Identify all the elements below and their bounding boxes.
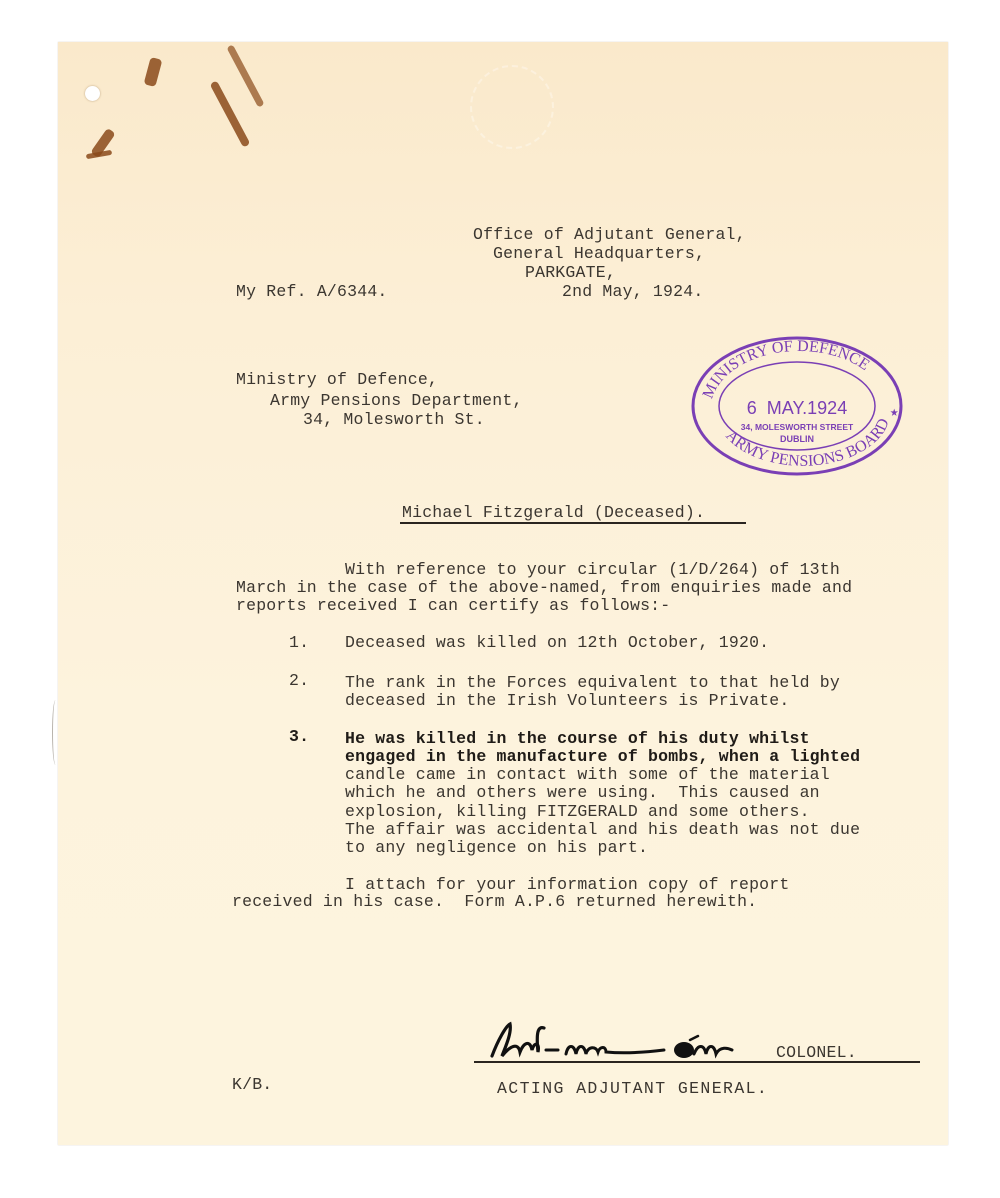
office-line-1: Office of Adjutant General, (473, 226, 746, 244)
recipient-line-2: Army Pensions Department, (270, 392, 523, 410)
item-3-line-1: He was killed in the course of his duty … (345, 730, 810, 748)
item-2-line-1: The rank in the Forces equivalent to tha… (345, 674, 840, 692)
recipient-line-1: Ministry of Defence, (236, 371, 438, 389)
received-stamp: MINISTRY OF DEFENCE ARMY PENSIONS BOARD … (690, 334, 904, 478)
recipient-line-3: 34, Molesworth St. (303, 411, 485, 429)
intro-line-3: reports received I can certify as follow… (236, 597, 670, 615)
signature-line (474, 1061, 920, 1063)
subject-underline (400, 522, 746, 524)
item-3-line-4: which he and others were using. This cau… (345, 784, 820, 802)
closing-line-2: received in his case. Form A.P.6 returne… (232, 893, 757, 911)
stamp-address-1: 34, MOLESWORTH STREET (741, 422, 854, 432)
subject-line: Michael Fitzgerald (Deceased). (402, 504, 705, 522)
office-line-2: General Headquarters, (493, 245, 705, 263)
stamp-top-text: MINISTRY OF DEFENCE (700, 338, 873, 401)
item-3-line-2: engaged in the manufacture of bombs, whe… (345, 748, 860, 766)
letter-date: 2nd May, 1924. (562, 283, 703, 301)
item-3-line-7: to any negligence on his part. (345, 839, 648, 857)
stamp-star-icon: ★ (890, 405, 899, 421)
item-3-line-6: The affair was accidental and his death … (345, 821, 860, 839)
item-number: 2. (289, 672, 309, 690)
signatory-title: ACTING ADJUTANT GENERAL. (497, 1080, 768, 1098)
intro-line-1: With reference to your circular (1/D/264… (345, 561, 840, 579)
signatory-rank: COLONEL. (776, 1044, 857, 1062)
handwritten-signature (488, 1020, 748, 1062)
item-3-line-3: candle came in contact with some of the … (345, 766, 830, 784)
intro-line-2: March in the case of the above-named, fr… (236, 579, 852, 597)
punch-hole (85, 86, 100, 101)
item-2-line-2: deceased in the Irish Volunteers is Priv… (345, 692, 789, 710)
embossed-seal (470, 65, 554, 149)
margin-mark (52, 700, 59, 765)
item-1-line-1: Deceased was killed on 12th October, 192… (345, 634, 769, 652)
item-number: 1. (289, 634, 309, 652)
item-3-line-5: explosion, killing FITZGERALD and some o… (345, 803, 810, 821)
reference-number: My Ref. A/6344. (236, 283, 388, 301)
item-number: 3. (289, 728, 309, 746)
office-line-3: PARKGATE, (525, 264, 616, 282)
typist-initials: K/B. (232, 1076, 272, 1094)
stamp-date: 6 MAY.1924 (747, 398, 847, 418)
stamp-address-2: DUBLIN (780, 434, 814, 444)
